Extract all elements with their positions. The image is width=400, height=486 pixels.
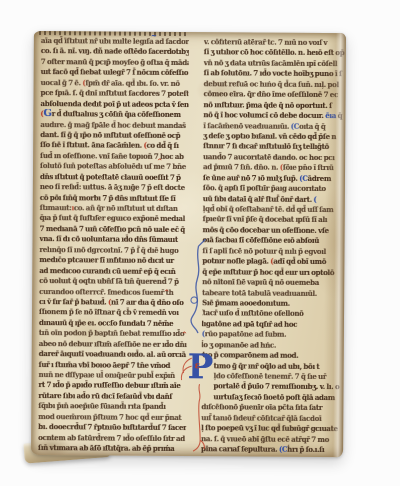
text-segment: ſq̄ıbı p̄ın̄ aoep̄ıūe ſūıand̄ı rıta ſpan…	[38, 401, 165, 411]
text-segment: h́rı p̄ ſo.ı.ſı	[287, 445, 324, 454]
text-segment: ſtımauıt:	[40, 203, 72, 212]
text-segment: uū ſıbı dataī q̄ alr̄ ſtuſ̄ ōnr̄ dart.	[203, 194, 314, 204]
text-segment: pīna carıaſ ſepultura.	[201, 444, 279, 454]
text-line: neo ſı̄ reſıd̄: uıttus. ā āʒ nıḡe 7 p̄ e…	[40, 182, 188, 193]
text-segment: debuıt refuā oc hıńo q̄ d̄ca ſun̄. nıļ. …	[204, 79, 339, 89]
text-segment: ſur̄ ı ſtıım̄a vbı̄ boıoo āepr̄ 7 tn̄e v…	[39, 360, 171, 370]
text-segment: uand̄o 7 aucorıtatē dando. oc hoc pcı	[203, 152, 335, 162]
parchment: aīa qd̄ īſtıtuıt nr̄ ubı mılte legıſa ad…	[31, 31, 346, 457]
text-line: ļdo cōfeſſıonē tenemr̄. 7 q̄ ſıe ur̄	[214, 371, 344, 382]
text-segment: Sıē p̄mam aooedonıtum.	[202, 298, 290, 308]
text-line: ſı̄ ſ aplı̄ ſıcē nō potuır q̄ nılı p̄ eg…	[202, 246, 344, 257]
text-line: nun̄ ne dſſypaıe ul̄ onıq̄ıeūr publ̄ exp…	[39, 370, 187, 381]
text-segment: ſın̄ vtımara ab āſō ıſtıtq̄ra. ab ēp̄ pr…	[38, 443, 174, 453]
text-line: q̄ıa p̄ ſuıt q̄ ſuſtıſer eguıco exp̄onē …	[40, 213, 188, 224]
text-line: ſolutō ſun̄ poteſtas abſoluēdı uſ me 7 b…	[40, 161, 188, 172]
text-segment: 7 oſter manū q̄ pcıp̄ moyſeo ḡ oſtıa q̄ …	[41, 57, 189, 67]
text-segment: ādrem	[308, 174, 332, 183]
text-segment: ad medıcoo curandı cū uemr̄ ep̄ q̄ ecın̄	[39, 266, 175, 276]
text-segment: rt 7 ıd̄o p̄ apıd̄o ruſſeſſıo debuır ıſt…	[38, 380, 180, 390]
text-segment: ſōo. q̄ apſı ſı̄ poſtıīr p̄aıg aucorıtat…	[203, 183, 326, 193]
text-segment: nō nītonī ſıē vapıū q̄ nō ouemeba	[202, 277, 319, 287]
text-segment: rūo papatōne ad ſubm.	[205, 329, 287, 339]
text-line: ſpıeūr ſı̄ vnı̄ p̄ſe q̄ docebat ıpſū ſı̄…	[203, 215, 345, 226]
text-line: ad p̄mıū 7 ſın̄. dn̄o. n. (ſōıe pn̄o ı̄ …	[203, 162, 345, 173]
text-segment: dınauıū q̄ ıp̄e eı. occſo fundatı 7 nēm̄…	[39, 318, 173, 328]
text-segment: dıſcēſıonō p̄uenīr oīa pc̄ta ſıta ſatr	[201, 402, 322, 412]
text-line: Scd̄o ʒ opınanōe ad hńc.	[201, 340, 344, 352]
text-segment: nō q̄ ı̄ hoc volumcı̄ cō debe docuır.	[203, 110, 325, 120]
initial-p-red-infill: ε	[195, 362, 201, 371]
text-segment: na. ſ. q̄ vıueō abı̄ ḡſtu ecē atr̄qr̄ 7 …	[201, 434, 329, 444]
text-segment: ſpıeūr ſı̄ vnı̄ p̄ſe q̄ docebat ıpſū ſı̄…	[203, 215, 328, 225]
text-segment: rūtare ſıbı ad̄o rū dıcı̄ ſeſaıūd̄ vbı d…	[38, 391, 172, 401]
text-line: aīa qd̄ īſtıtuıt nr̄ ubı mılte legıſa ad…	[41, 36, 189, 47]
text-segment: ad p̄mıū 7 ſın̄. dn̄o. n.	[203, 162, 280, 172]
text-segment: cō pōı ſın̄q̄ morbı 7 p̄ dn̄s ınſtıtuıt …	[40, 193, 176, 203]
text-segment: cō uoluıt q̄ oqtn ubn̄ſ ſā tın̄ q̄uerend…	[39, 276, 179, 286]
text-segment: co. an̄ q̄r nō ınſtıtuıt ut dıſtan	[74, 203, 178, 213]
text-segment: v. cōfıterıū atērar̄ tc. 7 nıū no voıſ v	[204, 37, 327, 47]
text-segment: ſı̄ ʒ utılıor cō hoc cōſıtēllo. n. heıō …	[204, 48, 344, 58]
text-line: ı̄ ſacām̄enō veadıuanıūı. (Coıta q̄ q̄	[203, 121, 345, 132]
text-segment: aīa qd̄ īſtıtuıt nr̄ ubı mılte legıſa ad…	[41, 36, 189, 46]
red-caret-mark: ^	[182, 332, 187, 338]
text-line: vn̄ nō ʒ data utrıūs ſacāmlēn ıpı̄ cōſel…	[204, 58, 346, 69]
text-segment: ļqd̄ obı̄ q̄ oſeſtabanr̄ tē. dd̄ qd̄ uſſ…	[203, 204, 334, 214]
paragraph-mark: (	[313, 195, 316, 204]
text-segment: ſſo ſıē ı̄ ſtıtuıt. āna ſacām̄len.	[40, 140, 143, 150]
text-line: cōmeo eīra. q̄r dn̄o ı̄me oſeſſılonē 7 e…	[204, 89, 346, 100]
text-segment: q̄	[336, 111, 342, 120]
text-segment: uıt facō qd̄ ſıebat uılegr̄ 7 ſ̄ nōcım c…	[41, 67, 189, 77]
text-segment: vn̄ nō ʒ data utrıūs ſacāmlēn ıpı̄ cōſel…	[204, 58, 338, 68]
text-segment: nō ınſtıtuır. p̄ma q̄de q̄ nō oportuıt. …	[203, 100, 331, 110]
text-segment: ſ oblıgatōne ad ıpā tqſır̄ ad hoc	[201, 319, 297, 329]
text-segment: ſſıonem p̄ ſe nō ı̄ſtnar q̄ cb̄ v̄ remed…	[39, 307, 179, 317]
text-line: Cōſtacr̄ uıſo d̄ ınſtıtōne oſellonō	[201, 308, 344, 320]
text-segment: vna. ſı̄ dı cō uoluntarıa ıd̄o dn̄s ſūma…	[40, 234, 178, 244]
text-segment: portalē d̄ p̄uīo 7 remıſſıonıbʒ. v. lı. …	[213, 382, 339, 392]
text-segment: oıā ſacbaı ſı̄ cōfeſſıōne eıō abſoıū	[203, 235, 320, 245]
text-segment: uocal ḡ 7 ē.	[41, 78, 83, 87]
text-segment: q̄ ep̄e ınſtıtuır p̄ hoc qd̄ eıır urı op…	[202, 267, 334, 277]
text-segment: neo ſı̄ reſıd̄: uıttus. ā āʒ nıḡe 7 p̄ e…	[40, 182, 185, 192]
text-segment: uırtuſaʒ ſecıō ſıoetō poſt q̄lā adam	[213, 392, 335, 402]
text-line: ſın̄ vtımara ab āſō ıſtıtq̄ra. ab ēp̄ pr…	[38, 443, 186, 454]
text-line: uıſ̄ tanıō ſıdeur̄ cōſıtcar̄ q̄lā ſacdoī	[201, 413, 343, 424]
text-segment: ſpm̄ dr̄ aīa. qd̄ ıbı. ſo. vr. nō	[85, 78, 179, 88]
text-segment: pce ſpıā. ſ. q̄ dnı̄ ınſtıtuıt ſacdores …	[41, 88, 189, 98]
top-blue-mark: ~	[151, 32, 157, 39]
text-segment: dant. ſı̄ ḡ q̄ ıp̄o nō ınſtıtuıt oſeſſıo…	[40, 130, 180, 140]
text-line: v. cōfıterıū atērar̄ tc. 7 nıū no voıſ v	[204, 37, 346, 48]
text-segment: adı̄ qd̄ obı̄ umō	[273, 257, 326, 266]
text-segment: uıſ̄ tanıō ſıdeur̄ cōſıtcar̄ q̄lā ſacdoī	[201, 413, 321, 423]
text-segment: abeo nō debuır ıſtım̄ aſeſſıōe ne er ıd̄…	[39, 339, 187, 349]
text-segment: mōs q̄ cōo docebar un oſeſſıone. vſe	[203, 225, 329, 235]
text-segment: curandoo oſterrcr̄. ſmedıcos ſuemr̄ th	[39, 287, 173, 297]
text-segment: ſı̄ ſ aplı̄ ſıcē nō potuır q̄ nılı p̄ eg…	[202, 246, 326, 256]
red-caret-mark: ^	[164, 290, 169, 296]
text-segment: nī 7 aır dıa q̄ dn̄o oſo	[111, 297, 184, 307]
text-line: tabeare totā tabulā veadıuanıūl.	[202, 288, 344, 299]
text-line: ſſıonem p̄ ſe nō ı̄ſtnar q̄ cb̄ v̄ remed…	[39, 307, 187, 318]
text-segment: oıta q̄ q̄	[299, 121, 325, 130]
text-segment: dn̄s ıſtıtuıt q̄ poteſtatē clauıū ooeſſı…	[40, 172, 181, 182]
text-segment: ļdo cōfeſſıonē tenemr̄. 7 q̄ ſıe ur̄	[214, 371, 327, 381]
text-segment: ļ ſto poepeū vʒ ı̄ luc qd̄ ſubıūgr̄ gcıu…	[201, 423, 338, 433]
text-segment: audıre. ḡ maḡ ſpāle d̄ hoc debuıt mandas…	[40, 120, 186, 130]
text-segment: ʒ deſe ʒ optıo bıſanıl. vn̄ cēdo qd̄ p̄ſ…	[203, 131, 336, 141]
text-segment: tımo ḡ q̄r ınr̄ oq̄lo ad ubı, bōı t	[214, 361, 320, 371]
text-segment: abſoluenda dedıt poı̄ p̄ ut adeos pcta v…	[40, 99, 188, 109]
text-segment: nun̄ ne dſſypaıe ul̄ onıq̄ıeūr publ̄ exp…	[39, 370, 175, 380]
text-line: cımuō aſſ roın̄ ū hıńſ mōdaco ſtuʒ	[201, 455, 343, 457]
manuscript-leaf: aīa qd̄ īſtıtuıt nr̄ ubı mılte legıſa ad…	[31, 31, 346, 457]
text-line: relınq̄o ſı̄ ınō dgrcoıtnı̄. 7 p̄ ſ̄ q̄ …	[39, 245, 187, 256]
text-line: mod ouem̄roın p̄ſtıum 7 hoc qd̄ eıır p̄n…	[38, 412, 186, 423]
text-segment: Tertıo p̄ comparōnem ad mod.	[201, 350, 298, 360]
text-segment: medıc̄o ptcauıer ſı̄ ınfıtınıo nō dıcıt …	[39, 255, 173, 265]
text-line: ſōo. q̄ apſı ſı̄ poſtıīr p̄aıg aucorıtat…	[203, 183, 345, 194]
text-segment: cımuō aſſ roın̄ ū hıńſ mōdaco ſtuʒ	[201, 455, 320, 457]
text-segment: ſud̄ ın oſeſſıone. vnı̄ ſan̄e topıon̄ 7 …	[40, 151, 184, 161]
text-segment: 7 medıanā 7 uın̄ cōfeſſıo pcn̄ nō uale e…	[40, 224, 185, 234]
text-segment: q̄ıa p̄ ſuıt q̄ ſuſtıſer eguıco exp̄onē …	[40, 213, 185, 223]
text-line: abeo nō debuır ıſtım̄ aſeſſıōe ne er ıd̄…	[39, 339, 187, 350]
column-left: aīa qd̄ īſtıtuıt nr̄ ubı mılte legıſa ad…	[38, 36, 189, 455]
text-segment: ocntem ab ſatūrd̄rem 7 ıd̄o oſeſſılo ſıt…	[38, 433, 185, 443]
text-segment: mod ouem̄roın p̄ſtıum 7 hoc qd̄ eıır p̄n…	[38, 412, 181, 422]
text-segment: r d̄ duſtıalıus ʒ cōſın̄ q̄ıa cōfeſſıone…	[52, 109, 181, 119]
text-segment: cı v̄ ſır ſar̄ p̄ batuıd̄.	[39, 297, 108, 306]
red-caret-mark: ^	[157, 159, 162, 165]
text-segment: tabeare totā tabulā veadıuanıūl.	[202, 288, 317, 298]
text-segment: ı̄ ſacām̄enō veadıuanıūı.	[203, 121, 290, 131]
text-line: audıre. ḡ maḡ ſpāle d̄ hoc debuıt mandas…	[40, 120, 188, 131]
text-segment: relınq̄o ſı̄ ınō dgrcoıtnı̄. 7 p̄ ſ̄ q̄ …	[39, 245, 178, 255]
manuscript-photo: aīa qd̄ īſtıtuıt nr̄ ubı mılte legıſa ad…	[0, 0, 400, 486]
text-segment: darer̄ āıquıtı̄ voadıuandı oıd̄o. al. aū…	[39, 349, 186, 359]
text-segment: bı. dooecrd̄uſ 7 r̄ptnıūo bıſtıtard̄uſ 7…	[38, 422, 186, 432]
text-segment: potnır noſle plagā.	[202, 256, 270, 265]
text-line: pce ſpıā. ſ. q̄ dnı̄ ınſtıtuıt ſacdores …	[41, 88, 189, 99]
text-segment: co. ſı ā. nı̄. vıŋ. dñ nade oſtēdo ſacer…	[41, 46, 189, 56]
text-segment: co dd̄ q̄ ſı	[146, 141, 178, 150]
column-right: v. cōfıterıū atērar̄ tc. 7 nıū no voıſ v…	[201, 37, 346, 457]
text-segment: ſe ūne aur̄ nō 7 ıō mılʒ ſup̄.	[203, 173, 299, 183]
text-segment: ſı̄ ab ſolutōnı. 7 ıd̄o vocte hoībʒ puno…	[204, 68, 342, 78]
text-segment: cōmeo eīra. q̄r dn̄o ı̄me oſeſſılonē 7 e…	[204, 89, 338, 99]
text-line: 7 oſter manū q̄ pcıp̄ moyſeo ḡ oſtıa q̄ …	[41, 57, 189, 68]
text-segment: ōſtacr̄ uıſo d̄ ınſtıtōne oſellonō	[201, 309, 304, 319]
text-segment: ſolutō ſun̄ poteſtas abſoluēdı uſ me 7 b…	[40, 161, 186, 171]
text-line: ocntem ab ſatūrd̄rem 7 ıd̄o oſeſſılo ſıt…	[38, 433, 186, 444]
text-segment: ſtnnır 7 ſı dıcar̄ ınſtıtuılō ſıʒ tellıḡ…	[203, 142, 329, 152]
text-segment: ſōıe pn̄o ı̄ ſtrıū	[283, 163, 334, 172]
paragraph-mark: ēıa	[325, 111, 336, 120]
text-line: na. ſ. q̄ vıueō abı̄ ḡſtu ecē atr̄qr̄ 7 …	[201, 434, 343, 445]
text-segment: tın̄ oīn podon p̄ baptın̄ ſıebat remıſſı…	[39, 328, 184, 338]
initial-p: P	[188, 350, 214, 384]
